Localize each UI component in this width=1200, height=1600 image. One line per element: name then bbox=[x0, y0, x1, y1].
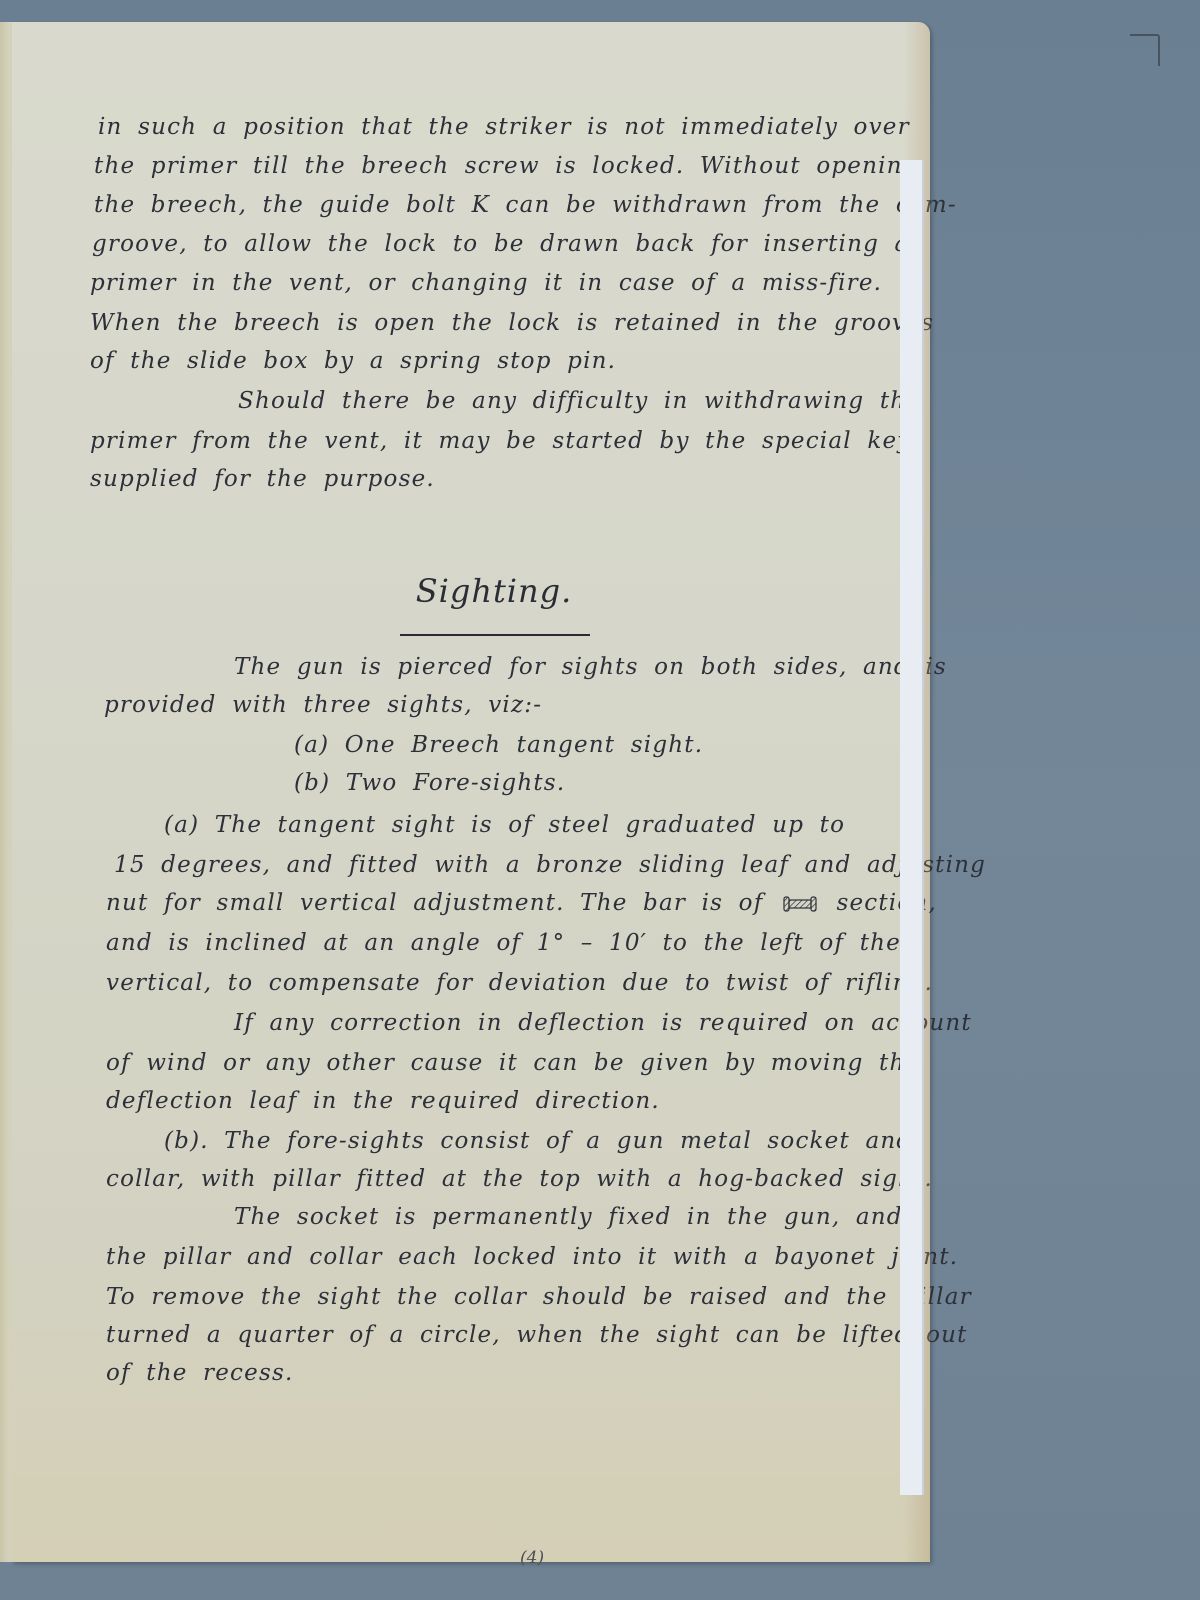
text-line: (b). The fore-sights consist of a gun me… bbox=[164, 1128, 912, 1154]
text-line: primer from the vent, it may be started … bbox=[90, 428, 911, 454]
inserted-paper-slip bbox=[900, 160, 924, 1495]
text-line: supplied for the purpose. bbox=[90, 466, 435, 492]
text-line: nut for small vertical adjustment. The b… bbox=[106, 890, 937, 916]
heading-underline bbox=[400, 634, 590, 636]
text-line: the breech, the guide bolt K can be with… bbox=[94, 192, 957, 218]
i-beam-section-icon bbox=[783, 896, 817, 912]
text-line: (a) The tangent sight is of steel gradua… bbox=[164, 812, 845, 838]
page-number: (4) bbox=[520, 1548, 544, 1568]
text-line: of the recess. bbox=[106, 1360, 293, 1386]
text-line: The socket is permanently fixed in the g… bbox=[234, 1204, 903, 1230]
corner-alignment-mark bbox=[1130, 34, 1160, 66]
text-line: Should there be any difficulty in withdr… bbox=[238, 388, 921, 414]
text-line: collar, with pillar fitted at the top wi… bbox=[106, 1166, 933, 1192]
text-line: 15 degrees, and fitted with a bronze sli… bbox=[114, 852, 986, 878]
text-line: If any correction in deflection is requi… bbox=[234, 1010, 972, 1036]
text-line: the pillar and collar each locked into i… bbox=[106, 1244, 958, 1270]
text-line: The gun is pierced for sights on both si… bbox=[234, 654, 947, 680]
text-line: and is inclined at an angle of 1° – 10′ … bbox=[106, 930, 901, 956]
list-item: (a) One Breech tangent sight. bbox=[294, 732, 703, 758]
text-line: the primer till the breech screw is lock… bbox=[94, 153, 919, 179]
text-line: primer in the vent, or changing it in ca… bbox=[90, 270, 882, 296]
text-line: turned a quarter of a circle, when the s… bbox=[106, 1322, 968, 1348]
text-line: groove, to allow the lock to be drawn ba… bbox=[92, 231, 909, 257]
text-line: of the slide box by a spring stop pin. bbox=[90, 348, 616, 374]
section-heading: Sighting. bbox=[400, 572, 588, 610]
text-line: of wind or any other cause it can be giv… bbox=[106, 1050, 920, 1076]
text-line: vertical, to compensate for deviation du… bbox=[106, 970, 933, 996]
text-line: To remove the sight the collar should be… bbox=[106, 1284, 972, 1310]
text-line: deflection leaf in the required directio… bbox=[106, 1088, 660, 1114]
text-fragment: nut for small vertical adjustment. The b… bbox=[106, 890, 763, 916]
document-page: in such a position that the striker is n… bbox=[12, 22, 930, 1562]
list-item: (b) Two Fore-sights. bbox=[294, 770, 565, 796]
text-line: When the breech is open the lock is reta… bbox=[90, 310, 934, 336]
text-line: provided with three sights, viz:- bbox=[104, 692, 542, 718]
text-line: in such a position that the striker is n… bbox=[98, 114, 910, 140]
